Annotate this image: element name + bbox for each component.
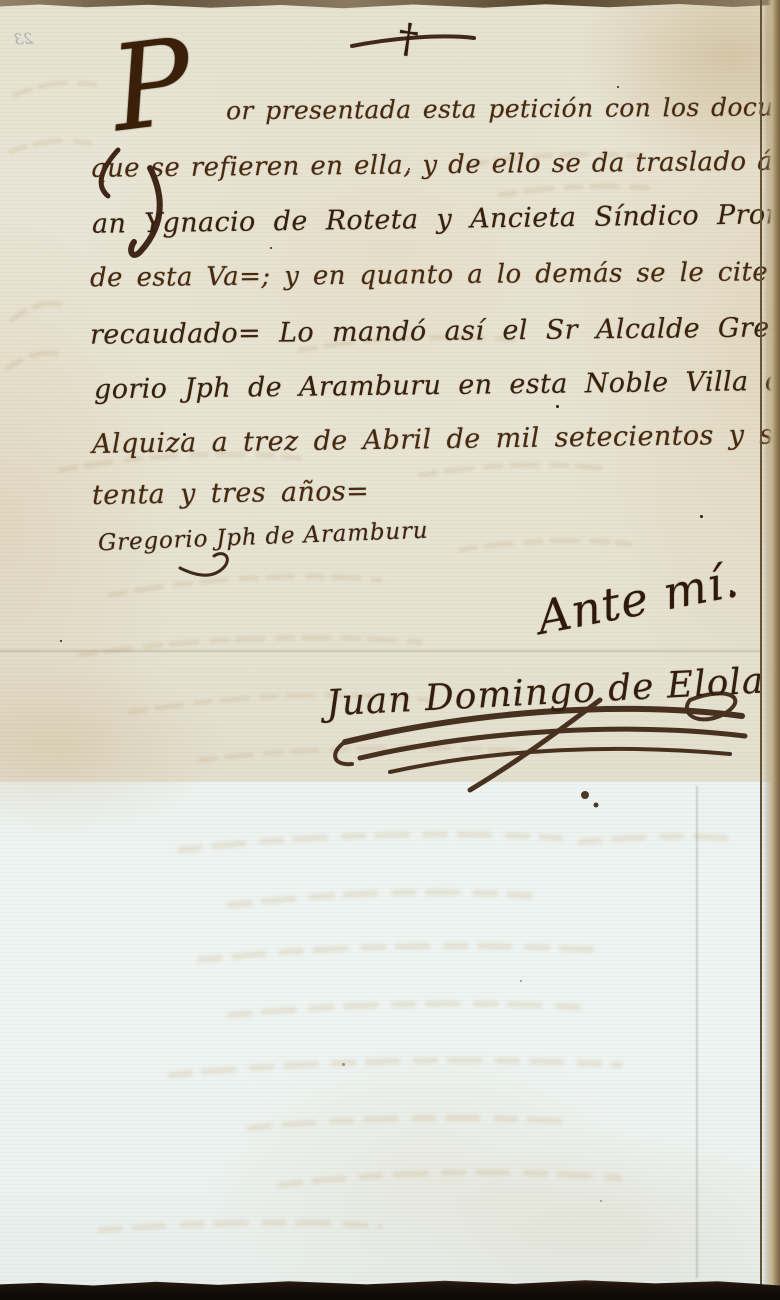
ink-speck: [600, 1200, 602, 1202]
ink-speck: [520, 980, 522, 982]
ink-speck: [270, 247, 272, 249]
pen-flourish-layer: [0, 0, 780, 1300]
manuscript-line-8: tenta y tres años=: [92, 476, 370, 511]
right-paper-edge: [760, 0, 780, 1300]
ink-speck: [700, 515, 703, 518]
ink-speck: [342, 1063, 345, 1066]
manuscript-scan: 23 † P or presentada esta petición con l…: [0, 0, 780, 1300]
ink-speck: [556, 405, 559, 408]
manuscript-line-1: or presentada esta petición con los docu…: [226, 92, 780, 125]
manuscript-line-4: de esta Va=; y en quanto a lo demás se l…: [90, 257, 780, 293]
ink-speck: [408, 168, 410, 170]
ink-speck: [183, 433, 186, 436]
ink-speck: [617, 86, 619, 88]
ink-speck: [730, 590, 733, 593]
initial-capital: P: [105, 22, 198, 149]
ink-speck: [60, 640, 62, 642]
